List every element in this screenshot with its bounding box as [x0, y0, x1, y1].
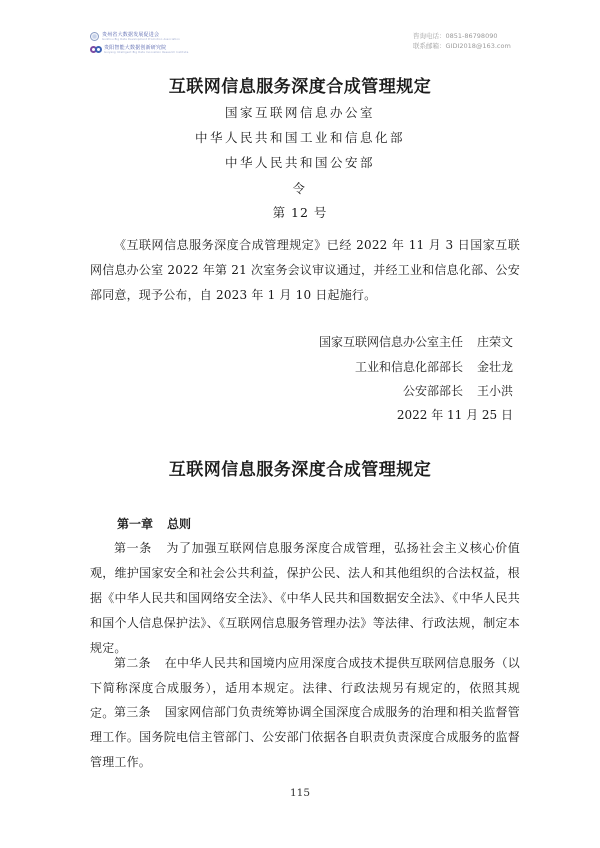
issuer-cac: 国家互联网信息办公室 [0, 103, 600, 121]
chapter-heading: 第一章总则 [117, 515, 191, 532]
article-text: 为了加强互联网信息服务深度合成管理，弘扬社会主义核心价值观，维护国家安全和社会公… [90, 541, 520, 655]
article-label: 第一条 [114, 541, 152, 555]
association-logo-icon [90, 32, 99, 41]
email-address: GIDI2018@163.com [446, 42, 511, 50]
signed-date: 2022 年 11 月 25 日 [397, 406, 513, 423]
institute-name: 贵阳智能大数据创新研究院 [104, 45, 166, 51]
signatory-name: 王小洪 [477, 384, 513, 398]
article-label: 第二条 [114, 656, 151, 670]
issuer-mps: 中华人民共和国公安部 [0, 153, 600, 171]
order-number: 第 12 号 [0, 203, 600, 221]
article-1: 第一条为了加强互联网信息服务深度合成管理，弘扬社会主义核心价值观，维护国家安全和… [90, 536, 520, 661]
signatory-title: 国家互联网信息办公室主任 [319, 335, 463, 349]
chapter-number: 第一章 [117, 517, 153, 531]
signatory-miit: 工业和信息化部部长金壮龙 [355, 358, 513, 375]
signatory-cac: 国家互联网信息办公室主任庄荣文 [319, 333, 513, 350]
institute-logo-icon [90, 45, 102, 54]
page-header: 贵州省大数据发展促进会 Guizhou Big Data Development… [0, 0, 600, 60]
issuer-miit: 中华人民共和国工业和信息化部 [0, 128, 600, 146]
contact-email: 联系邮箱：GIDI2018@163.com [413, 41, 511, 51]
article-label: 第三条 [114, 705, 151, 719]
association-name: 贵州省大数据发展促进会 [102, 32, 159, 38]
article-text: 国家网信部门负责统筹协调全国深度合成服务的治理和相关监督管理工作。国务院电信主管… [90, 705, 520, 769]
chapter-title: 总则 [167, 517, 191, 531]
signatory-name: 庄荣文 [477, 335, 513, 349]
contact-info: 咨询电话：0851-86798090 联系邮箱：GIDI2018@163.com [413, 31, 511, 51]
signatory-title: 工业和信息化部部长 [355, 360, 463, 374]
email-label: 联系邮箱： [413, 42, 446, 50]
association-subtitle: Guizhou Big Data Development Promotion A… [102, 38, 180, 41]
regulation-title: 互联网信息服务深度合成管理规定 [0, 455, 600, 480]
article-3: 第三条国家网信部门负责统筹协调全国深度合成服务的治理和相关监督管理工作。国务院电… [90, 700, 520, 775]
institute-subtitle: Guiyang Intelligent Big Data Innovation … [104, 51, 188, 54]
signatory-mps: 公安部部长王小洪 [403, 382, 513, 399]
logo-institute: 贵阳智能大数据创新研究院 Guiyang Intelligent Big Dat… [90, 43, 200, 55]
order-label: 令 [0, 179, 600, 197]
signatory-name: 金壮龙 [477, 360, 513, 374]
intro-paragraph: 《互联网信息服务深度合成管理规定》已经 2022 年 11 月 3 日国家互联网… [90, 233, 520, 308]
document-title: 互联网信息服务深度合成管理规定 [0, 72, 600, 97]
signatory-title: 公安部部长 [403, 384, 463, 398]
phone-label: 咨询电话： [413, 32, 446, 40]
page-number: 115 [0, 787, 600, 799]
logo-block: 贵州省大数据发展促进会 Guizhou Big Data Development… [90, 30, 200, 56]
logo-association: 贵州省大数据发展促进会 Guizhou Big Data Development… [90, 30, 200, 42]
phone-number: 0851-86798090 [446, 32, 498, 40]
contact-phone: 咨询电话：0851-86798090 [413, 31, 511, 41]
